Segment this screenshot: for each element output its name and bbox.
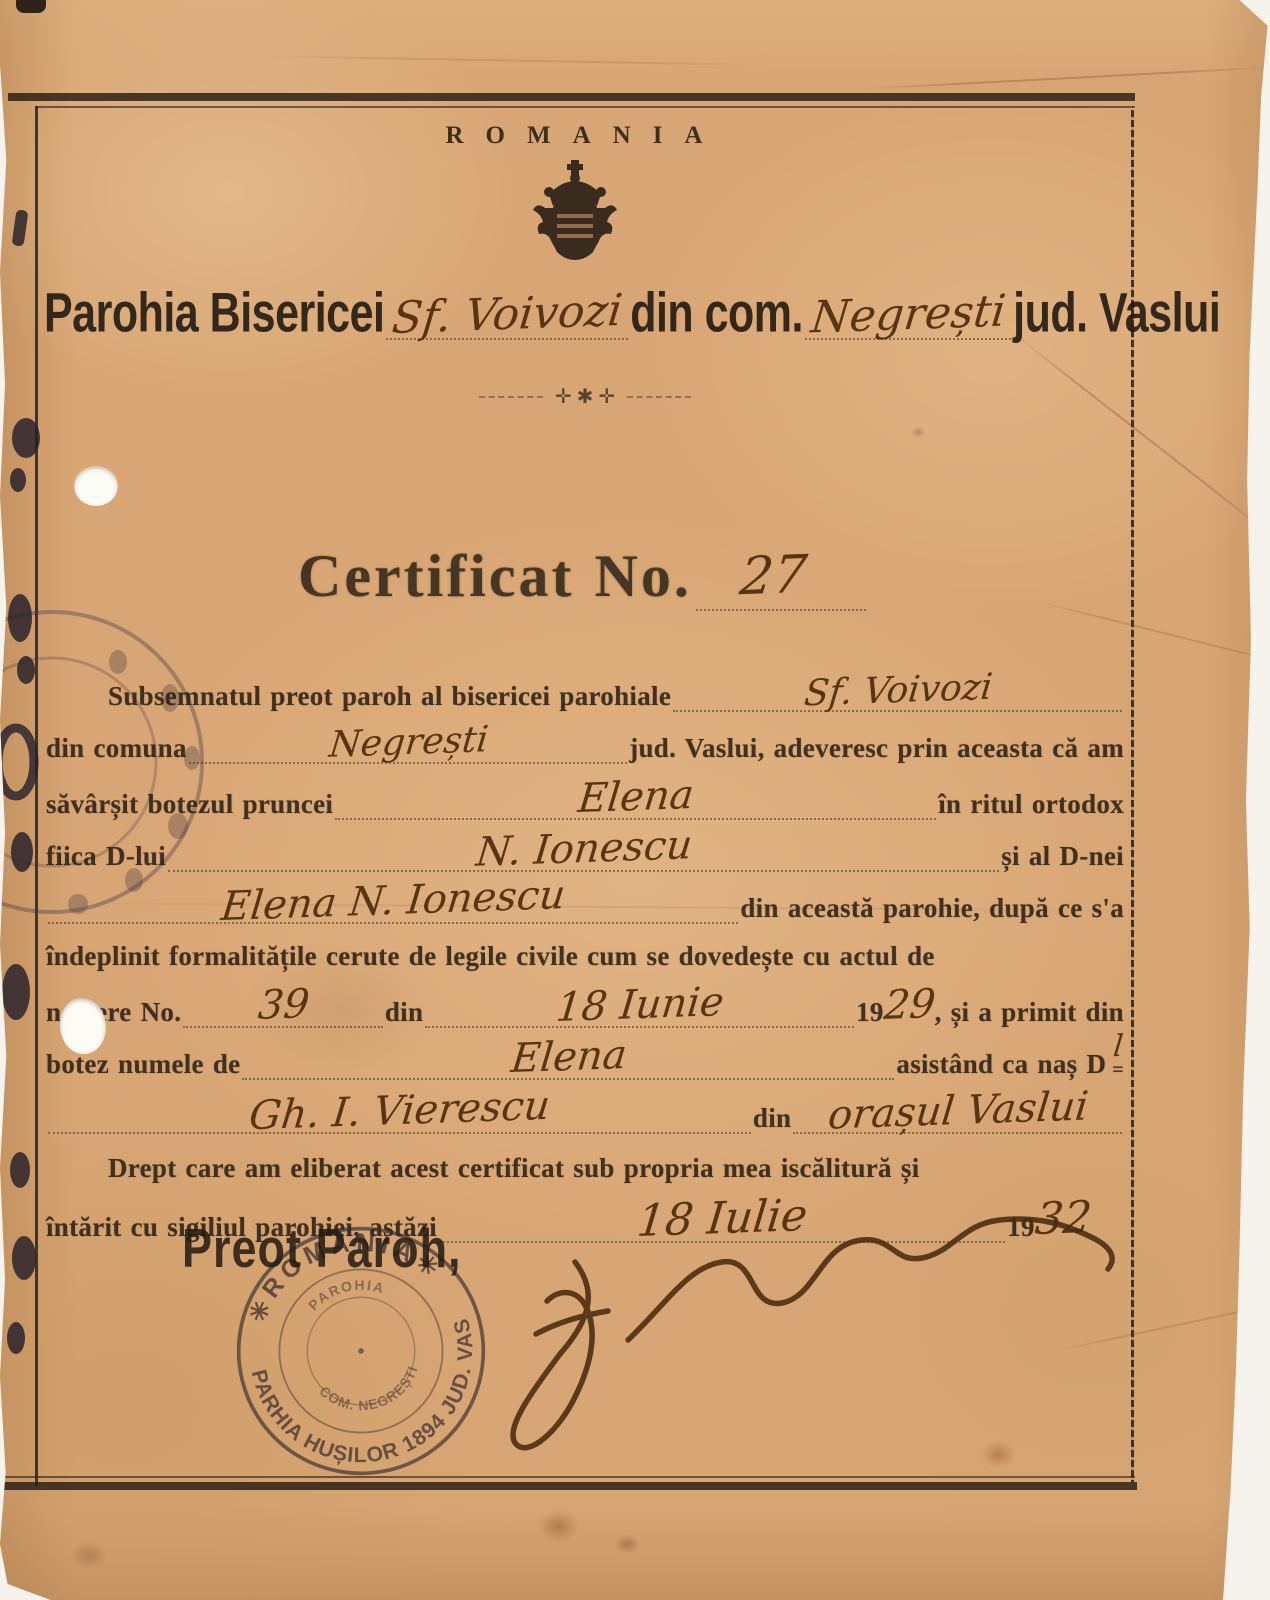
border-bottom-thin-rule [0, 1476, 1135, 1478]
body-line-8: botez numele de Elena asistând ca naș D … [46, 1040, 1124, 1090]
crease-line [1009, 330, 1270, 541]
parish-label: Parohia Bisericei [44, 282, 384, 346]
body-line-4: fiica D-lui N. Ionescu și al D-nei [46, 832, 1124, 876]
border-top-thin-rule [36, 106, 1135, 108]
dotted-fill-line: Elena [333, 780, 938, 824]
dotted-fill-line: Sf. Voivozi [384, 296, 630, 340]
handwritten-act-number: 39 [256, 984, 311, 1026]
crease-line [1035, 600, 1270, 667]
handwritten-issue-year: 32 [1033, 1196, 1094, 1242]
header-line: Parohia Bisericei Sf. Voivozi din com. N… [44, 294, 1126, 343]
dotted-fill-line: Elena N. Ionescu [46, 884, 740, 928]
county-label: jud. Vaslui [1013, 282, 1220, 346]
printed-text: 19 [856, 992, 884, 1032]
printed-text: Drept care am eliberat acest certificat … [108, 1148, 920, 1188]
printed-text: din [753, 1098, 791, 1138]
printed-text: din comuna [46, 728, 187, 768]
border-top-rule [8, 93, 1135, 101]
ink-smudge [16, 0, 46, 13]
handwritten-godfather-city: orașul Vaslui [826, 1086, 1090, 1135]
printed-text: din această parohie, după ce s'a [740, 888, 1124, 928]
handwritten-issue-date: 18 Iulie [635, 1194, 809, 1244]
body-line-9: Gh. I. Vierescu din orașul Vaslui [46, 1094, 1124, 1138]
handwritten-superscript: l [1112, 1032, 1125, 1062]
crease-line [1055, 1298, 1270, 1352]
ornament-dash [479, 396, 543, 398]
ornament-dash [627, 396, 691, 398]
signer-role-label: Preot Paroh, [182, 1217, 462, 1280]
handwritten-commune-name: Negrești [327, 722, 490, 764]
body-line-2: din comuna Negrești jud. Vaslui, adevere… [46, 728, 1124, 768]
dotted-fill-line: 18 Iulie [437, 1200, 1007, 1247]
dotted-fill-line: Negrești [187, 728, 629, 768]
handwritten-parish-name: Sf. Voivozi [802, 670, 994, 713]
dotted-fill-line: N. Ionescu [166, 832, 1001, 876]
handwritten-baptism-name: Elena [509, 1035, 628, 1079]
printed-text: 19 [1007, 1207, 1035, 1247]
handwritten-godfather-name: Gh. I. Vierescu [247, 1086, 552, 1137]
handwritten-commune-name: Negrești [809, 290, 1008, 341]
printed-text: săvârșit botezul pruncei [46, 784, 333, 824]
handwritten-birth-year: 29 [882, 984, 937, 1026]
title-label: Certificat No. [298, 542, 692, 611]
aged-paper: ROMANIA Parohia Bisericei Sf. Voivozi di… [0, 0, 1270, 1600]
body-line-6: îndeplinit formalitățile cerute de legil… [46, 936, 1124, 976]
handwritten-birth-date: 18 Iunie [554, 982, 726, 1028]
crease-line [250, 55, 770, 66]
royal-coat-of-arms-icon [527, 160, 623, 264]
certificate-number: 27 [714, 553, 832, 605]
dotted-fill-line: orașul Vaslui [791, 1094, 1124, 1138]
certificate-title: Certificat No. 27 [60, 542, 1070, 611]
handwritten-child-name: Elena [576, 775, 695, 819]
printed-equals-mark: = [1112, 1065, 1124, 1076]
printed-text: , și a primit din [935, 992, 1124, 1032]
dotted-fill-line: Gh. I. Vierescu [46, 1094, 753, 1138]
dotted-fill-line: 18 Iunie [423, 988, 856, 1032]
printed-text: și al D-nei [1001, 836, 1124, 876]
scanned-certificate: ROMANIA Parohia Bisericei Sf. Voivozi di… [0, 0, 1270, 1600]
dotted-fill-line: Elena [240, 1040, 896, 1084]
godfather-title-suffix: l = [1112, 1035, 1124, 1076]
country-label: ROMANIA [0, 122, 1170, 150]
ornament-glyphs: ✛ ✱ ✛ [555, 384, 615, 409]
handwritten-parish-name: Sf. Voivozi [391, 289, 625, 341]
body-line-10: Drept care am eliberat acest certificat … [46, 1148, 1124, 1188]
dotted-fill-line: Negrești [803, 296, 1013, 340]
printed-text: îndeplinit formalitățile cerute de legil… [46, 936, 935, 976]
dotted-fill-line: Sf. Voivozi [671, 676, 1124, 716]
handwritten-mother-name: Elena N. Ionescu [220, 875, 568, 927]
ornament-divider: ✛ ✱ ✛ [0, 384, 1170, 409]
crease-line [860, 66, 1270, 90]
body-line-1: Subsemnatul preot paroh al bisericei par… [46, 676, 1124, 716]
dotted-fill-line: 39 [181, 988, 385, 1032]
border-bottom-rule [0, 1482, 1137, 1490]
printed-text: fiica D-lui [46, 836, 166, 876]
body-line-5: Elena N. Ionescu din această parohie, du… [46, 884, 1124, 928]
printed-text: din [385, 992, 423, 1032]
body-line-7: naștere No. 39 din 18 Iunie 1929 , și a … [46, 988, 1124, 1032]
printed-text: jud. Vaslui, adeveresc prin aceasta că a… [629, 728, 1124, 768]
punch-hole [60, 998, 106, 1054]
printed-text: în ritul ortodox [938, 784, 1124, 824]
punch-hole [74, 466, 118, 506]
handwritten-number: 27 [737, 549, 809, 604]
commune-label: din com. [630, 282, 803, 346]
body-line-3: săvârșit botezul pruncei Elena în ritul … [46, 780, 1124, 824]
handwritten-father-name: N. Ionescu [474, 825, 694, 873]
printed-text: Subsemnatul preot paroh al bisericei par… [108, 676, 671, 716]
printed-text: asistând ca naș D [896, 1044, 1106, 1084]
